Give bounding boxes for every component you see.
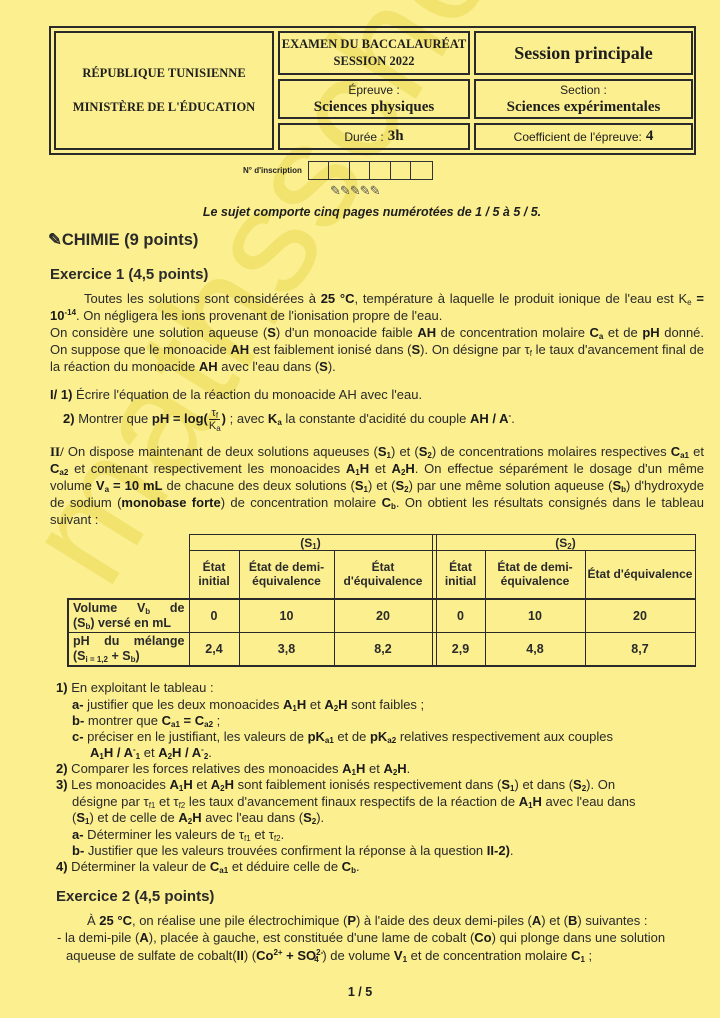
epreuve: Épreuve : Sciences physiques [278,79,470,119]
inscription-field: N° d'inscription [243,160,433,180]
inscription-boxes[interactable] [308,161,433,180]
ex2-item-a: - la demi-pile (A), placée à gauche, est… [57,930,665,947]
group-s1: (S1) [189,535,432,551]
question-II-1b: b- montrer que Ca1 = Ca2 ; [72,713,220,730]
question-II-1a: a- justifier que les deux monoacides A1H… [72,697,424,714]
ex1-intro-p2: On considère une solution aqueuse (S) d'… [50,324,704,375]
pencil-icons: ✎✎✎✎✎ [330,183,379,199]
coefficient: Coefficient de l'épreuve: 4 [474,123,693,150]
question-II-1: 1) En exploitant le tableau : [56,680,214,697]
exam-page: mathsschool.net RÉPUBLIQUE TUNISIENNE MI… [0,0,720,1018]
question-II-4: 4) Déterminer la valeur de Ca1 et déduir… [56,859,360,876]
question-I-1: I/ 1) Écrire l'équation de la réaction d… [50,386,422,403]
titration-table: (S1) (S2) État initial État de demi-équi… [67,534,696,667]
section-title-chimie: ✎CHIMIE (9 points) [48,232,198,249]
question-II-3b: b- Justifier que les valeurs trouvées co… [72,843,514,860]
question-II-3: 3) Les monoacides A1H et A2H sont faible… [56,777,706,794]
table-row: pH du mélange(Si = 1,2 + Sb) 2,4 3,8 8,2… [68,633,695,667]
session-type: Session principale [474,31,693,75]
question-II-1c: c- préciser en le justifiant, les valeur… [72,729,706,746]
section: Section : Sciences expérimentales [474,79,693,119]
exam-header: RÉPUBLIQUE TUNISIENNE MINISTÈRE DE L'ÉDU… [49,26,696,155]
exam-title: EXAMEN DU BACCALAURÉAT SESSION 2022 [278,31,470,75]
part-II-intro: II/ On dispose maintenant de deux soluti… [50,443,704,528]
exercise-2-title: Exercice 2 (4,5 points) [56,888,214,905]
question-II-2: 2) Comparer les forces relatives des mon… [56,761,410,778]
country-name: RÉPUBLIQUE TUNISIENNE [82,66,245,81]
question-I-2: 2) Montrer que pH = log(τfKa) ; avec Ka … [63,407,515,432]
table-row: Volume Vb de(Sb) versé en mL 0 10 20 0 1… [68,599,695,633]
page-number: 1 / 5 [0,985,720,999]
ex2-intro: À 25 °C, on réalise une pile électrochim… [87,913,648,930]
ministry-name: MINISTÈRE DE L'ÉDUCATION [73,100,255,115]
header-institution: RÉPUBLIQUE TUNISIENNE MINISTÈRE DE L'ÉDU… [54,31,274,150]
exercise-1-title: Exercice 1 (4,5 points) [50,266,208,283]
subject-note: Le sujet comporte cinq pages numérotées … [0,205,720,219]
question-II-3a: a- Déterminer les valeurs de τf1 et τf2. [72,827,284,844]
group-s2: (S2) [436,535,695,551]
inscription-label: N° d'inscription [243,166,302,175]
duration: Durée : 3h [278,123,470,150]
pencil-icon: ✎ [48,231,62,249]
ex1-intro-p1: Toutes les solutions sont considérées à … [50,290,704,324]
